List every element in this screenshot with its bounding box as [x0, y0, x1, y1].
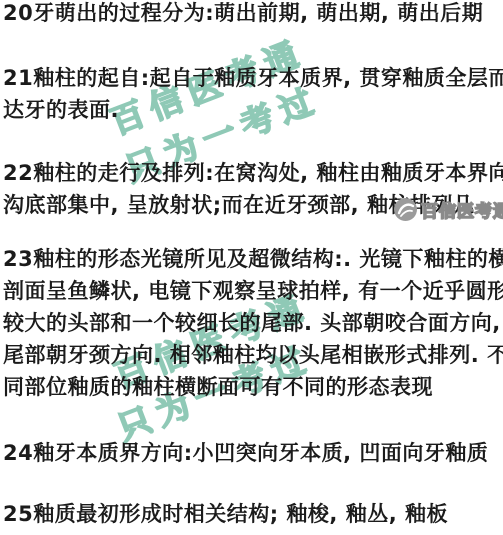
paragraph-21: 21釉柱的起自:起自于釉质牙本质界, 贯穿釉质全层而 达牙的表面.: [3, 62, 503, 126]
paragraph-20: 20牙萌出的过程分为:萌出前期, 萌出期, 萌出后期: [3, 0, 503, 29]
text-line: 20牙萌出的过程分为:萌出前期, 萌出期, 萌出后期: [3, 0, 503, 29]
paragraph-23: 23釉柱的形态光镜所见及超微结构:. 光镜下釉柱的横 剖面呈鱼鳞状, 电镜下观察…: [3, 243, 503, 403]
text-line: 21釉柱的起自:起自于釉质牙本质界, 贯穿釉质全层而: [3, 62, 503, 94]
paragraph-25: 25釉质最初形成时相关结构; 釉梭, 釉丛, 釉板: [3, 498, 503, 530]
paragraph-24: 24釉牙本质界方向:小凹突向牙本质, 凹面向牙釉质: [3, 437, 503, 469]
stamp-text: 百信医考通: [421, 197, 503, 222]
text-line: 同部位釉质的釉柱横断面可有不同的形态表现: [3, 371, 503, 403]
text-line: 剖面呈鱼鳞状, 电镜下观察呈球拍样, 有一个近乎圆形: [3, 275, 503, 307]
text-line: 23釉柱的形态光镜所见及超微结构:. 光镜下釉柱的横: [3, 243, 503, 275]
text-line: 24釉牙本质界方向:小凹突向牙本质, 凹面向牙釉质: [3, 437, 503, 469]
text-line: 达牙的表面.: [3, 94, 503, 126]
text-line: 尾部朝牙颈方向. 相邻釉柱均以头尾相嵌形式排列. 不: [3, 339, 503, 371]
publisher-stamp: 百信医考通: [393, 197, 503, 222]
notes-page: 百信医考通 只为一考过 百信医考通 只为一考过 20牙萌出的过程分为:萌出前期,…: [0, 0, 503, 535]
text-layer: 20牙萌出的过程分为:萌出前期, 萌出期, 萌出后期 21釉柱的起自:起自于釉质…: [0, 0, 503, 535]
stamp-logo-icon: [393, 197, 418, 222]
text-line: 25釉质最初形成时相关结构; 釉梭, 釉丛, 釉板: [3, 498, 503, 530]
text-line: 22釉柱的走行及排列:在窝沟处, 釉柱由釉质牙本界向窝: [3, 157, 503, 189]
text-line: 较大的头部和一个较细长的尾部. 头部朝咬合面方向,: [3, 307, 503, 339]
